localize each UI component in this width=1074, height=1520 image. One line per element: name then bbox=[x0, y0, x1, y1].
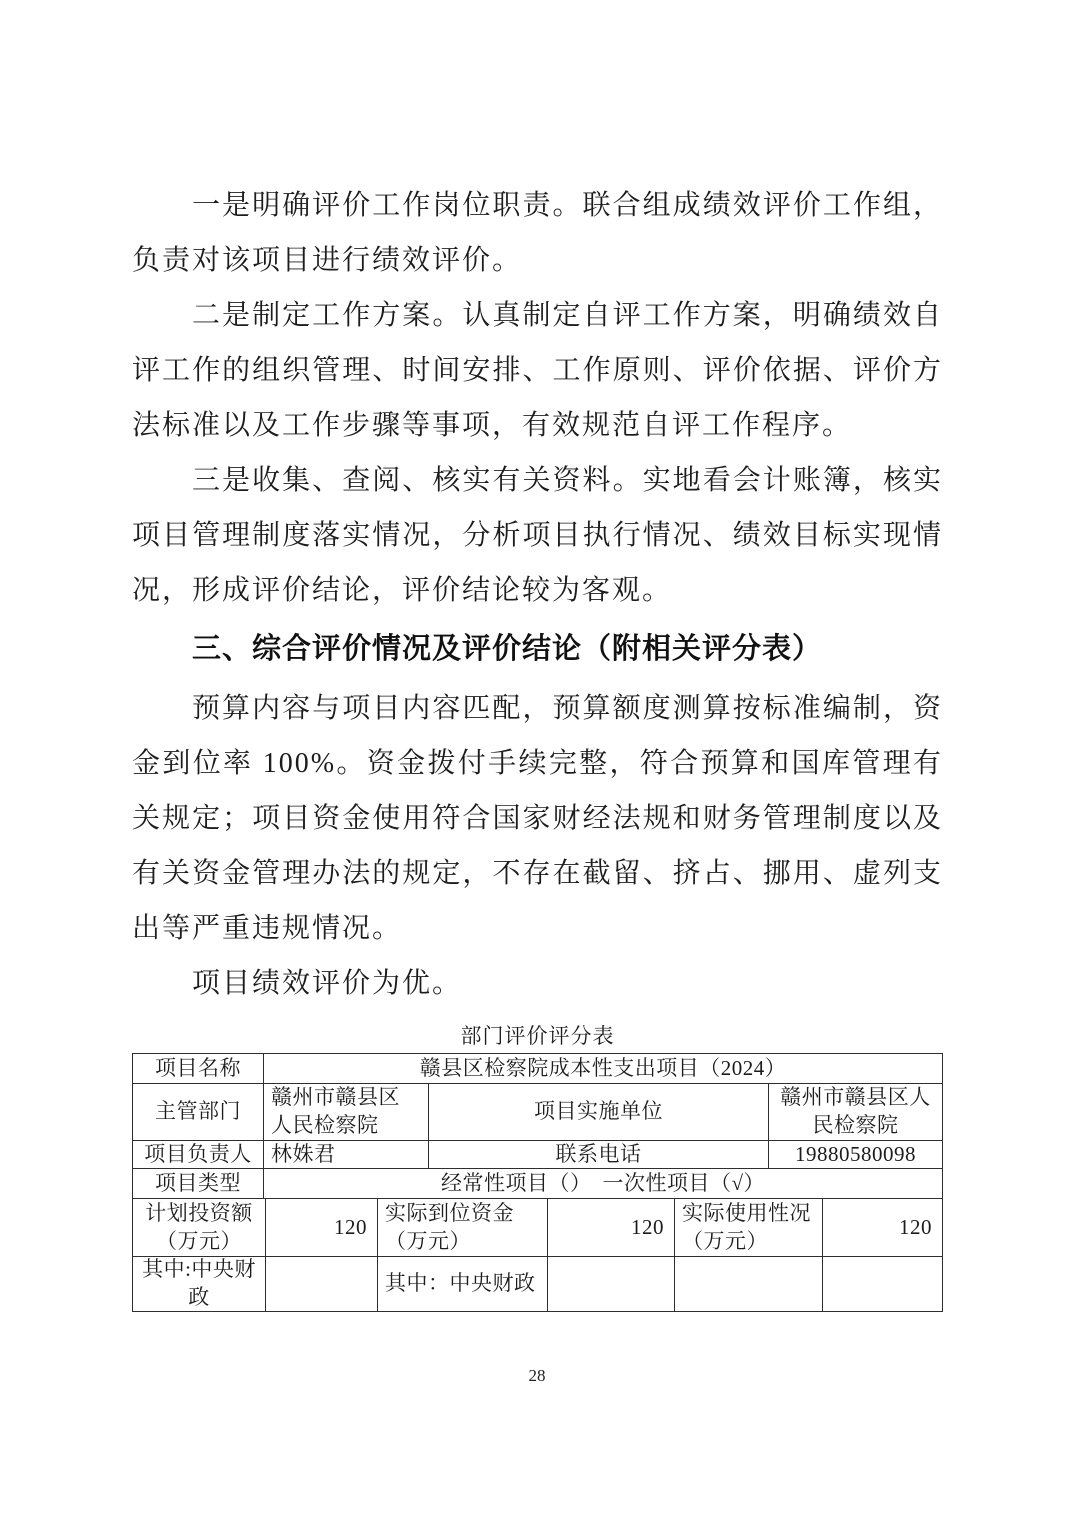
section-heading: 三、综合评价情况及评价结论（附相关评分表） bbox=[132, 618, 943, 681]
cell-empty bbox=[547, 1257, 674, 1311]
page-number: 28 bbox=[0, 1366, 1074, 1386]
table-row-project-name: 项目名称 赣县区检察院成本性支出项目（2024） bbox=[133, 1054, 942, 1083]
table-row-departments: 主管部门 赣州市赣县区人民检察院 项目实施单位 赣州市赣县区人民检察院 bbox=[133, 1083, 942, 1140]
score-table: 项目名称 赣县区检察院成本性支出项目（2024） 主管部门 赣州市赣县区人民检察… bbox=[132, 1053, 943, 1312]
cell-empty bbox=[822, 1257, 942, 1311]
cell-empty bbox=[265, 1257, 377, 1311]
table-row-leader: 项目负责人 林姝君 联系电话 19880580098 bbox=[133, 1140, 942, 1168]
cell-planned-value: 120 bbox=[265, 1199, 377, 1256]
paragraph: 一是明确评价工作岗位职责。联合组成绩效评价工作组，负责对该项目进行绩效评价。 bbox=[132, 178, 943, 288]
cell-central-label-2: 其中：中央财政 bbox=[377, 1257, 547, 1311]
paragraph: 三是收集、查阅、核实有关资料。实地看会计账簿，核实项目管理制度落实情况，分析项目… bbox=[132, 453, 943, 618]
cell-project-name-value: 赣县区检察院成本性支出项目（2024） bbox=[263, 1054, 942, 1083]
document-page: 一是明确评价工作岗位职责。联合组成绩效评价工作组，负责对该项目进行绩效评价。 二… bbox=[0, 0, 1074, 1520]
cell-empty bbox=[674, 1257, 822, 1311]
cell-leader-value: 林姝君 bbox=[263, 1141, 428, 1168]
table-row-central-finance: 其中:中央财政 其中：中央财政 bbox=[133, 1256, 942, 1311]
table-title: 部门评价评分表 bbox=[132, 1023, 943, 1050]
cell-actual-label: 实际到位资金（万元） bbox=[377, 1199, 547, 1256]
table-row-project-type: 项目类型 经常性项目（） 一次性项目（√） bbox=[133, 1168, 942, 1198]
paragraph: 预算内容与项目内容匹配，预算额度测算按标准编制，资金到位率 100%。资金拨付手… bbox=[132, 681, 943, 956]
cell-phone-value: 19880580098 bbox=[768, 1141, 942, 1168]
cell-planned-label: 计划投资额（万元） bbox=[133, 1199, 265, 1256]
cell-impl-unit-value: 赣州市赣县区人民检察院 bbox=[768, 1084, 942, 1140]
cell-central-label-1: 其中:中央财政 bbox=[133, 1257, 265, 1311]
document-body: 一是明确评价工作岗位职责。联合组成绩效评价工作组，负责对该项目进行绩效评价。 二… bbox=[132, 178, 943, 1312]
cell-phone-label: 联系电话 bbox=[428, 1141, 768, 1168]
cell-type-label: 项目类型 bbox=[133, 1169, 263, 1198]
cell-leader-label: 项目负责人 bbox=[133, 1141, 263, 1168]
cell-type-value: 经常性项目（） 一次性项目（√） bbox=[263, 1169, 942, 1198]
paragraph: 二是制定工作方案。认真制定自评工作方案，明确绩效自评工作的组织管理、时间安排、工… bbox=[132, 288, 943, 453]
cell-dept-value: 赣州市赣县区人民检察院 bbox=[263, 1084, 428, 1140]
cell-impl-unit-label: 项目实施单位 bbox=[428, 1084, 768, 1140]
cell-dept-label: 主管部门 bbox=[133, 1084, 263, 1140]
table-row-investment: 计划投资额（万元） 120 实际到位资金（万元） 120 实际使用性况（万元） … bbox=[133, 1198, 942, 1256]
cell-actual-value: 120 bbox=[547, 1199, 674, 1256]
cell-project-name-label: 项目名称 bbox=[133, 1054, 263, 1083]
paragraph: 项目绩效评价为优。 bbox=[132, 956, 943, 1011]
cell-used-value: 120 bbox=[822, 1199, 942, 1256]
cell-used-label: 实际使用性况（万元） bbox=[674, 1199, 822, 1256]
